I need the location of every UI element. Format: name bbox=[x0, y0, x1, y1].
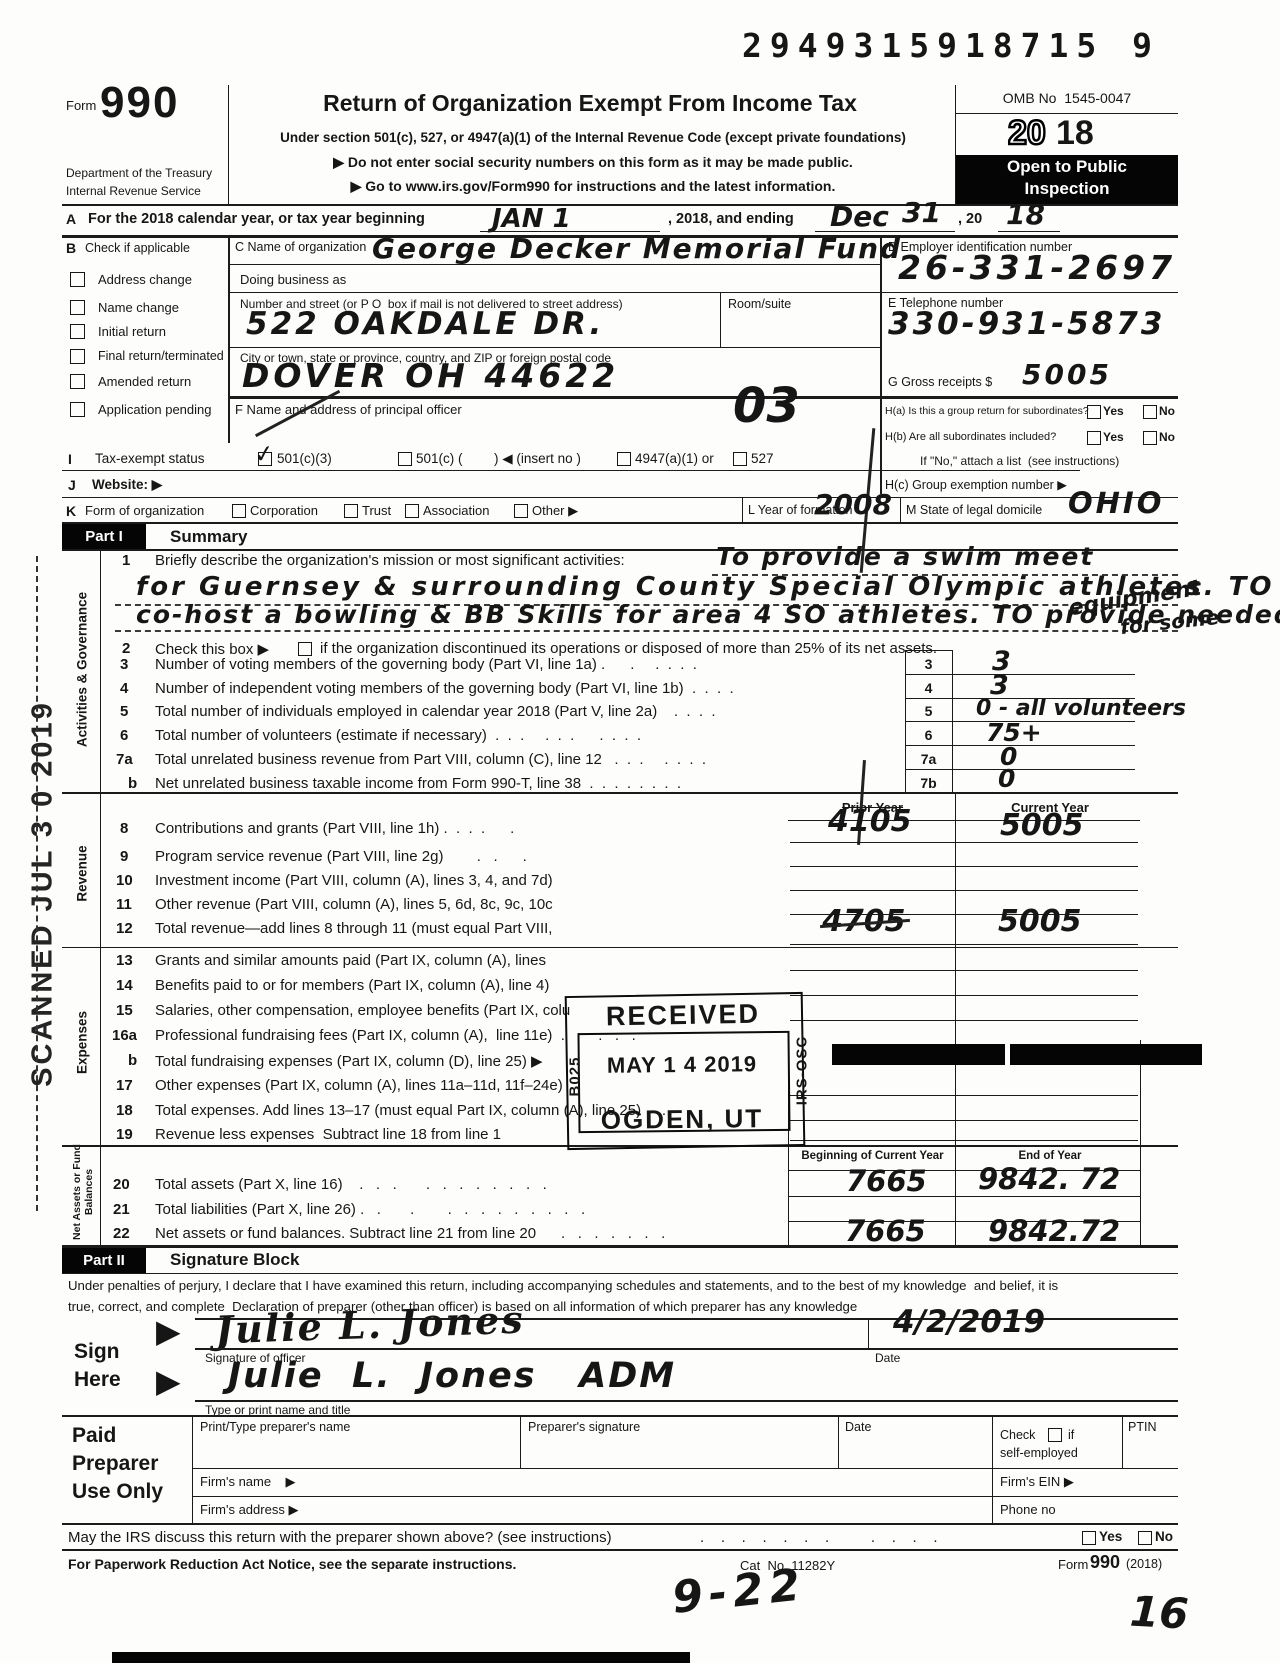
checkbox-label: Address change bbox=[98, 272, 192, 287]
divider bbox=[742, 497, 743, 522]
handwritten-page-number: 16 bbox=[1129, 1587, 1190, 1639]
officer-signature: Julie L. Jones bbox=[214, 1297, 525, 1353]
part2-label: Part II bbox=[62, 1252, 146, 1269]
line-a-letter: A bbox=[66, 211, 76, 227]
divider bbox=[228, 292, 880, 293]
line-number: 7a bbox=[116, 751, 133, 768]
line-number: 9 bbox=[120, 848, 128, 865]
divider bbox=[62, 1415, 1178, 1417]
option-corporation: Corporation bbox=[250, 503, 318, 518]
line-number: 19 bbox=[116, 1126, 133, 1143]
line-number: b bbox=[128, 1052, 137, 1069]
line-label: Total number of individuals employed in … bbox=[155, 703, 716, 720]
firm-ein-label: Firm's EIN ▶ bbox=[1000, 1474, 1074, 1490]
divider bbox=[790, 1095, 1138, 1096]
divider bbox=[905, 674, 1135, 675]
check-label: Check bbox=[1000, 1428, 1035, 1442]
divider bbox=[100, 549, 101, 1248]
checkbox-name-change bbox=[70, 300, 85, 315]
divider bbox=[62, 947, 1178, 948]
line-number: 15 bbox=[116, 1002, 133, 1019]
begin-value: 7665 bbox=[845, 1214, 926, 1248]
arrow-icon: ▶ bbox=[156, 1362, 181, 1400]
line-box-number: 5 bbox=[905, 703, 952, 719]
divider bbox=[62, 1523, 1178, 1525]
checkbox-discuss-no bbox=[1138, 1531, 1152, 1545]
line-number: 6 bbox=[120, 727, 128, 744]
ha-label: H(a) Is this a group return for subordin… bbox=[885, 405, 1089, 417]
line-label: Total assets (Part X, line 16) . . . . .… bbox=[155, 1176, 547, 1193]
option-501c-tail: ) ◀ (insert no ) bbox=[494, 451, 581, 467]
column-end-of-year: End of Year bbox=[960, 1150, 1140, 1162]
dba-label: Doing business as bbox=[240, 272, 346, 287]
printed-name-value: Julie L. Jones ADM bbox=[228, 1356, 676, 1396]
line-number: 21 bbox=[113, 1201, 130, 1218]
option-4947a1: 4947(a)(1) or bbox=[635, 451, 714, 466]
checkmark-501c3: ✓ bbox=[252, 439, 276, 470]
divider bbox=[900, 497, 901, 522]
discuss-yes-label: Yes bbox=[1099, 1529, 1122, 1544]
line-number: 18 bbox=[116, 1102, 133, 1119]
org-name-label: C Name of organization bbox=[235, 240, 366, 254]
checkbox-corporation bbox=[232, 504, 246, 518]
firm-name-label: Firm's name ▶ bbox=[200, 1474, 296, 1490]
hb-yes-label: Yes bbox=[1103, 430, 1124, 444]
paperwork-notice: For Paperwork Reduction Act Notice, see … bbox=[68, 1556, 516, 1572]
received-stamp-date: MAY 1 4 2019 bbox=[582, 1051, 782, 1079]
part1-label: Part I bbox=[62, 528, 146, 545]
line-label: Program service revenue (Part VIII, line… bbox=[155, 848, 527, 865]
divider bbox=[905, 698, 1135, 699]
line-k-label: Form of organization bbox=[85, 503, 204, 518]
checkbox-discontinued bbox=[298, 642, 312, 656]
ein-value: 26-331-2697 bbox=[898, 248, 1176, 287]
date-caption: Date bbox=[875, 1351, 900, 1365]
checkbox-address-change bbox=[70, 272, 85, 287]
perjury-statement-1: Under penalties of perjury, I declare th… bbox=[68, 1278, 1058, 1293]
line-label: Benefits paid to or for members (Part IX… bbox=[155, 977, 549, 994]
line-label: Total unrelated business revenue from Pa… bbox=[155, 751, 706, 768]
checkbox-hb-yes bbox=[1087, 431, 1101, 445]
redaction-bar bbox=[1010, 1044, 1202, 1065]
line-box-number: 6 bbox=[905, 727, 952, 743]
divider bbox=[992, 1415, 993, 1523]
divider bbox=[1122, 1415, 1123, 1468]
line-number: 10 bbox=[116, 872, 133, 889]
preparer-signature-label: Preparer's signature bbox=[528, 1420, 640, 1434]
ptin-label: PTIN bbox=[1128, 1420, 1156, 1434]
checkbox-ha-no bbox=[1143, 405, 1157, 419]
hb-label: H(b) Are all subordinates included? bbox=[885, 431, 1056, 443]
divider bbox=[520, 1415, 521, 1468]
preparer-date-label: Date bbox=[845, 1420, 871, 1434]
divider bbox=[192, 1468, 1178, 1469]
received-stamp-city: OGDEN, UT bbox=[572, 1103, 792, 1136]
line-box-number: 4 bbox=[905, 680, 952, 696]
line-number: 4 bbox=[120, 680, 128, 697]
divider bbox=[62, 470, 1080, 471]
line-number: 11 bbox=[116, 896, 132, 913]
paid-word: Paid bbox=[72, 1424, 116, 1448]
line-number: 20 bbox=[113, 1176, 130, 1193]
scanned-date-stamp: SCANNED JUL 3 0 2019 bbox=[27, 614, 60, 1174]
hc-label: H(c) Group exemption number ▶ bbox=[885, 477, 1067, 492]
line-label: Total fundraising expenses (Part IX, col… bbox=[155, 1052, 543, 1070]
website-label: Website: ▶ bbox=[92, 477, 162, 493]
divider bbox=[790, 1020, 1138, 1021]
tax-year-bold: 18 bbox=[1056, 114, 1094, 153]
line-label: Contributions and grants (Part VIII, lin… bbox=[155, 820, 514, 837]
divider bbox=[790, 944, 1138, 945]
form-subtitle: Under section 501(c), 527, or 4947(a)(1)… bbox=[234, 130, 952, 145]
legal-domicile-label: M State of legal domicile bbox=[906, 503, 1042, 517]
option-527: 527 bbox=[751, 451, 774, 466]
line-label: Professional fundraising fees (Part IX, … bbox=[155, 1027, 636, 1044]
form-note-goto: ▶ Go to www.irs.gov/Form990 for instruct… bbox=[234, 178, 952, 195]
option-other: Other ▶ bbox=[532, 503, 578, 519]
checkbox-initial-return bbox=[70, 324, 85, 339]
arrow-icon: ▶ bbox=[156, 1312, 181, 1350]
line-box-number: 3 bbox=[905, 656, 952, 672]
received-stamp-code-left: B025 bbox=[567, 1042, 584, 1112]
line-number: 8 bbox=[120, 820, 128, 837]
part2-title: Signature Block bbox=[170, 1250, 299, 1270]
divider bbox=[228, 85, 229, 204]
divider bbox=[62, 792, 1178, 794]
divider bbox=[195, 1400, 1178, 1402]
line-label: Number of independent voting members of … bbox=[155, 680, 734, 697]
tax-year-begin-value: JAN 1 bbox=[492, 204, 571, 234]
line-number: 17 bbox=[116, 1077, 133, 1094]
org-name-value: George Decker Memorial Fund bbox=[372, 232, 902, 265]
firm-address-label: Firm's address ▶ bbox=[200, 1502, 298, 1518]
divider bbox=[905, 769, 1135, 770]
divider bbox=[62, 497, 1178, 498]
divider bbox=[998, 231, 1060, 232]
received-stamp-code-right: IRS-OSC bbox=[794, 1026, 811, 1116]
discuss-no-label: No bbox=[1155, 1529, 1173, 1544]
dept-line-2: Internal Revenue Service bbox=[66, 184, 201, 198]
current-value: 5005 bbox=[998, 904, 1082, 939]
line-label: Total number of volunteers (estimate if … bbox=[155, 727, 641, 744]
scan-artifact-dashed-line bbox=[36, 556, 38, 1211]
divider bbox=[790, 995, 1138, 996]
checkbox-label: Initial return bbox=[98, 324, 166, 339]
tax-year-end-year: 18 bbox=[1006, 198, 1045, 231]
line-box-number: 7a bbox=[905, 751, 952, 767]
handwritten-03: 03 bbox=[733, 378, 800, 434]
divider bbox=[192, 1496, 1178, 1497]
checkbox-application-pending bbox=[70, 402, 85, 417]
line-number: 22 bbox=[113, 1225, 130, 1242]
line-number: 3 bbox=[120, 656, 128, 673]
divider bbox=[195, 1348, 1178, 1350]
sidebar-expenses: Expenses bbox=[75, 998, 90, 1088]
tax-year-outline: 20 bbox=[1008, 114, 1046, 153]
line-i-letter: I bbox=[68, 451, 72, 467]
here-word: Here bbox=[74, 1368, 121, 1392]
divider bbox=[62, 522, 1178, 524]
line-number: 12 bbox=[116, 920, 133, 937]
divider bbox=[1140, 1040, 1141, 1245]
line-a-year-prefix: , 20 bbox=[958, 211, 982, 227]
sidebar-net-assets: Net Assets or Fund Balances bbox=[71, 1142, 95, 1242]
form-title: Return of Organization Exempt From Incom… bbox=[240, 90, 940, 117]
hb-no-label: No bbox=[1159, 430, 1175, 444]
line-label: Investment income (Part VIII, column (A)… bbox=[155, 872, 553, 889]
line-label: Number of voting members of the governin… bbox=[155, 656, 697, 673]
handwritten-note: 9-22 bbox=[670, 1559, 809, 1624]
principal-officer-label: F Name and address of principal officer bbox=[235, 402, 462, 417]
checkbox-label: Final return/terminated bbox=[98, 349, 224, 363]
checkbox-self-employed bbox=[1048, 1428, 1062, 1442]
form-note-ssn: ▶ Do not enter social security numbers o… bbox=[234, 154, 952, 171]
divider bbox=[790, 1120, 1138, 1121]
line-number: 2 bbox=[122, 640, 130, 657]
divider bbox=[905, 650, 952, 651]
line-number: 1 bbox=[122, 552, 130, 569]
received-stamp-text: RECEIVED bbox=[570, 998, 797, 1033]
dln-number: 2949315918715 9 bbox=[742, 26, 1160, 65]
redaction-bar bbox=[832, 1044, 1005, 1065]
checkbox-discuss-yes bbox=[1082, 1531, 1096, 1545]
section-b-head: Check if applicable bbox=[85, 241, 190, 255]
line-number: 13 bbox=[116, 952, 133, 969]
tax-year-end-month: Dec bbox=[830, 200, 889, 233]
end-value: 9842.72 bbox=[988, 1214, 1120, 1248]
city-value: DOVER OH 44622 bbox=[242, 356, 619, 395]
divider bbox=[62, 1273, 1178, 1274]
line-label: Net assets or fund balances. Subtract li… bbox=[155, 1225, 665, 1242]
checkbox-4947a1 bbox=[617, 452, 631, 466]
tax-year-end-day: 31 bbox=[902, 196, 941, 229]
form-number: 990 bbox=[100, 78, 179, 128]
divider bbox=[720, 292, 721, 347]
legal-domicile-value: OHIO bbox=[1068, 486, 1164, 520]
footer-form-number: 990 bbox=[1090, 1552, 1120, 1573]
checkbox-association bbox=[405, 504, 419, 518]
scan-artifact-bottom-bar bbox=[112, 1652, 690, 1663]
open-to-public-line2: Inspection bbox=[958, 179, 1176, 199]
divider bbox=[955, 792, 956, 1245]
omb-number: OMB No 1545-0047 bbox=[958, 90, 1176, 106]
preparer-name-label: Print/Type preparer's name bbox=[200, 1420, 350, 1434]
divider bbox=[192, 1415, 193, 1523]
hb-note: If "No," attach a list (see instructions… bbox=[920, 454, 1119, 468]
line-a-mid: , 2018, and ending bbox=[668, 211, 794, 227]
checkbox-label: Application pending bbox=[98, 402, 211, 417]
check-if-label: if bbox=[1068, 1428, 1074, 1442]
footer-form-word: Form bbox=[1058, 1557, 1088, 1572]
end-value: 9842. 72 bbox=[978, 1162, 1120, 1196]
divider bbox=[62, 1245, 1178, 1248]
line2-post: if the organization discontinued its ope… bbox=[320, 640, 937, 657]
divider bbox=[868, 1318, 869, 1348]
sidebar-governance: Activities & Governance bbox=[75, 565, 90, 775]
ha-no-label: No bbox=[1159, 404, 1175, 418]
column-beginning-of-year: Beginning of Current Year bbox=[790, 1150, 955, 1162]
signature-date-value: 4/2/2019 bbox=[893, 1304, 1045, 1340]
gross-receipts-label: G Gross receipts $ bbox=[888, 375, 992, 389]
line-label: Total revenue—add lines 8 through 11 (mu… bbox=[155, 920, 552, 937]
divider bbox=[228, 235, 230, 443]
ha-yes-label: Yes bbox=[1103, 404, 1124, 418]
mission-label: Briefly describe the organization's miss… bbox=[155, 552, 625, 569]
divider bbox=[62, 1549, 1178, 1551]
divider bbox=[788, 1196, 1140, 1197]
self-employed-label: self-employed bbox=[1000, 1446, 1078, 1460]
divider bbox=[790, 1140, 1138, 1141]
divider bbox=[790, 866, 1138, 867]
divider bbox=[880, 235, 882, 494]
checkbox-ha-yes bbox=[1087, 405, 1101, 419]
checkbox-other bbox=[514, 504, 528, 518]
checkbox-label: Amended return bbox=[98, 374, 191, 389]
divider bbox=[228, 396, 1178, 399]
preparer-word: Preparer bbox=[72, 1452, 158, 1476]
dept-line-1: Department of the Treasury bbox=[66, 166, 212, 180]
use-only-word: Use Only bbox=[72, 1480, 163, 1504]
sign-word: Sign bbox=[74, 1340, 120, 1364]
line-label: Total liabilities (Part X, line 26) . . … bbox=[155, 1201, 585, 1218]
divider bbox=[838, 1415, 839, 1468]
divider bbox=[790, 890, 1138, 891]
prior-value: 4105 bbox=[828, 804, 912, 839]
line-number: b bbox=[128, 775, 137, 792]
line-label: Grants and similar amounts paid (Part IX… bbox=[155, 952, 546, 969]
checkbox-final-return bbox=[70, 349, 85, 364]
room-suite-label: Room/suite bbox=[728, 297, 791, 311]
street-value: 522 OAKDALE DR. bbox=[246, 306, 604, 342]
line-i-label: Tax-exempt status bbox=[95, 451, 205, 466]
gross-receipts-value: 5005 bbox=[1022, 358, 1112, 391]
checkbox-hb-no bbox=[1143, 431, 1157, 445]
sidebar-revenue: Revenue bbox=[75, 829, 90, 919]
phone-value: 330-931-5873 bbox=[888, 306, 1165, 342]
scanned-form-990-page: 2949315918715 9 SCANNED JUL 3 0 2019 For… bbox=[0, 0, 1280, 1663]
divider bbox=[955, 85, 956, 204]
phone-no-label: Phone no bbox=[1000, 1502, 1056, 1517]
part1-title: Summary bbox=[170, 527, 247, 547]
divider bbox=[790, 842, 1138, 843]
divider bbox=[955, 113, 1178, 114]
open-to-public-line1: Open to Public bbox=[958, 157, 1176, 177]
discuss-question: May the IRS discuss this return with the… bbox=[68, 1529, 612, 1546]
checkbox-501c bbox=[398, 452, 412, 466]
option-association: Association bbox=[423, 503, 489, 518]
checkbox-trust bbox=[344, 504, 358, 518]
checkbox-label: Name change bbox=[98, 300, 179, 315]
mission-handwriting-1: To provide a swim meet bbox=[716, 542, 1094, 571]
divider bbox=[115, 630, 1178, 632]
checkbox-527 bbox=[733, 452, 747, 466]
line-a-text: For the 2018 calendar year, or tax year … bbox=[88, 211, 425, 227]
current-value: 5005 bbox=[1000, 808, 1084, 843]
divider bbox=[880, 292, 1178, 293]
discuss-dots: . . . . . . . . . . . bbox=[700, 1529, 938, 1546]
option-trust: Trust bbox=[362, 503, 391, 518]
year-of-formation-value: 2008 bbox=[814, 488, 892, 521]
line-label: Other revenue (Part VIII, column (A), li… bbox=[155, 896, 553, 913]
footer-form-year: (2018) bbox=[1126, 1557, 1162, 1571]
line-k-letter: K bbox=[66, 503, 76, 519]
option-501c: 501(c) ( bbox=[416, 451, 463, 466]
divider bbox=[228, 264, 880, 265]
checkbox-amended-return bbox=[70, 374, 85, 389]
divider bbox=[905, 721, 1135, 722]
line-label: Revenue less expenses Subtract line 18 f… bbox=[155, 1126, 501, 1143]
line-number: 5 bbox=[120, 703, 128, 720]
divider bbox=[790, 970, 1138, 971]
form-word: Form bbox=[66, 98, 96, 113]
line-box-number: 7b bbox=[905, 775, 952, 791]
section-b-letter: B bbox=[66, 240, 76, 256]
divider bbox=[905, 745, 1135, 746]
line-number: 14 bbox=[116, 977, 133, 994]
divider bbox=[228, 347, 880, 348]
line-label: Other expenses (Part IX, column (A), lin… bbox=[155, 1077, 563, 1094]
line-label: Net unrelated business taxable income fr… bbox=[155, 775, 681, 792]
line-number: 16a bbox=[112, 1027, 137, 1044]
line-label: Salaries, other compensation, employee b… bbox=[155, 1002, 570, 1019]
begin-value: 7665 bbox=[846, 1164, 927, 1198]
line-j-letter: J bbox=[68, 477, 76, 493]
option-501c3: 501(c)(3) bbox=[277, 451, 332, 466]
